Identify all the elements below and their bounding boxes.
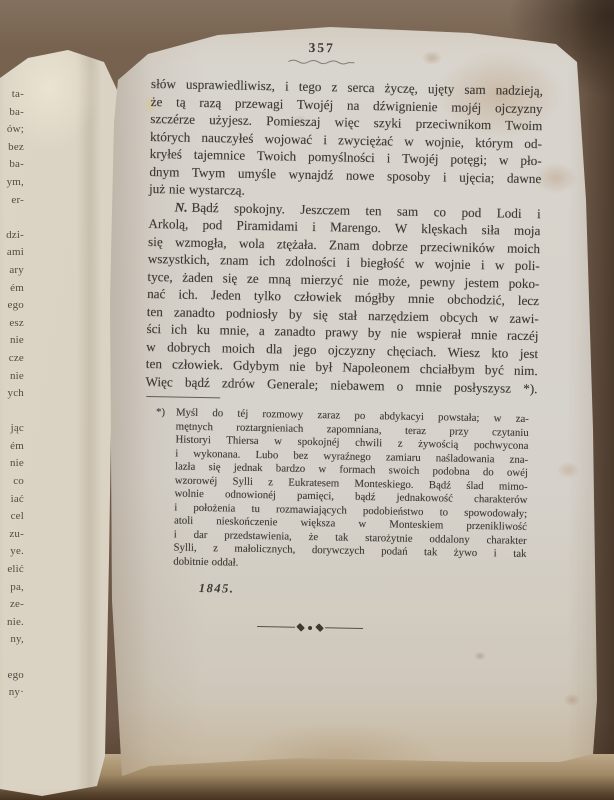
fragment-line: cze [0,350,24,368]
fragment-line: pa, [0,579,24,597]
fragment-line: zu- [0,526,24,544]
fragment-line: co [0,473,24,491]
fragment-line: ego [0,667,24,685]
fragment-line: nie [0,455,24,473]
fragment-line: ba- [0,104,24,122]
ornament-diamond-icon [315,623,324,632]
footnote-lines: *)Myśl do téj rozmowy zaraz po abdykacyi… [173,407,529,575]
page-number: 357 [308,40,335,55]
fragment-line: ny, [0,631,24,649]
ornament-divider [257,623,363,632]
fragment-line: ów; [0,121,24,139]
fragment-line: iać [0,491,24,509]
facing-page-fragments: ta-ba-ów;bezba-ym,er- dzi-amiaryémegoesz… [0,86,24,702]
fragment-line: jąc [0,420,24,438]
fragment-line [0,209,24,227]
fragment-line: ego [0,297,24,315]
fragment-line: ych [0,385,24,403]
main-text: słów usprawiedliwisz, i tego z serca życ… [145,75,543,397]
ornament-line [325,627,363,629]
fragment-line: esz [0,315,24,333]
fragment-line [0,649,24,667]
fragment-line: ye. [0,543,24,561]
year-caption: 1845. [199,581,534,602]
ornament-line [257,626,295,628]
fragment-line: ny· [0,684,24,702]
fragment-line: ami [0,244,24,262]
fragment-line: ze- [0,596,24,614]
fragment-line: ém [0,438,24,456]
fragment-line: nie [0,332,24,350]
fragment-line: bez [0,139,24,157]
page-content: 357 słów usprawiedliwisz, i tego z serca… [141,30,544,635]
book-photo: ta-ba-ów;bezba-ym,er- dzi-amiaryémegoesz… [0,0,614,800]
fragment-line: nie [0,368,24,386]
fragment-line: elić [0,561,24,579]
ornament-diamond-icon [296,623,305,632]
fragment-line: ym, [0,174,24,192]
footnote: *)Myśl do téj rozmowy zaraz po abdykacyi… [173,407,529,575]
page-number-block: 357 [283,38,359,65]
fragment-line: dzi- [0,227,24,245]
fragment-line: ém [0,280,24,298]
fragment-line: ta- [0,86,24,104]
fragment-line [0,403,24,421]
ornament-dot-icon [308,625,312,629]
paragraph-lead: N. [175,199,192,214]
fragment-line: cel [0,508,24,526]
fragment-line: nie. [0,614,24,632]
fragment-line: ba- [0,156,24,174]
fragment-line: ary [0,262,24,280]
fragment-line: er- [0,192,24,210]
page-number-flourish-icon [287,57,355,65]
footnote-separator [146,396,220,398]
footnote-marker: *) [156,406,165,420]
